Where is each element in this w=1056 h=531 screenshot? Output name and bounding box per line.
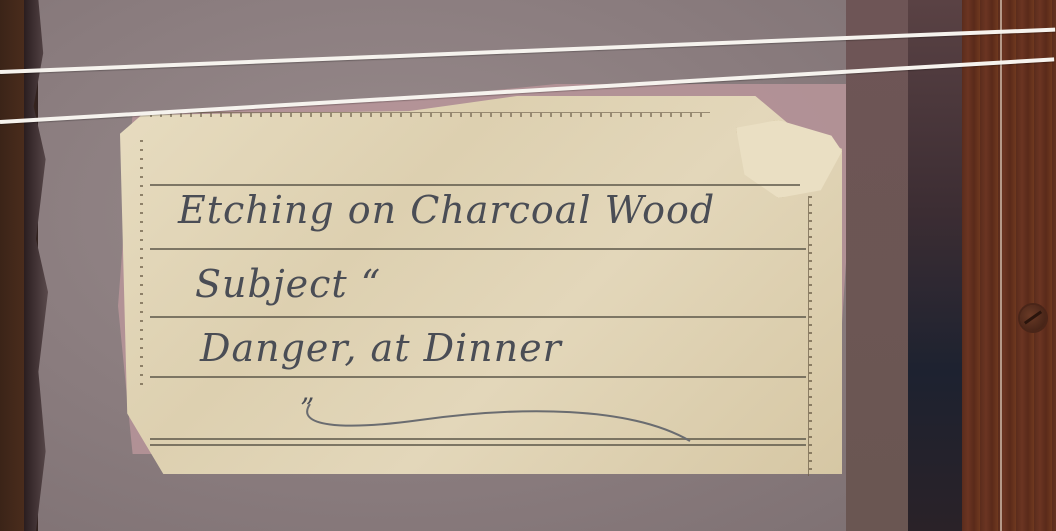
label-line-name: Danger, at Dinner: [200, 326, 562, 370]
photo-scene: Etching on Charcoal Wood Subject “ Dange…: [0, 0, 1056, 531]
ruled-line: [150, 184, 800, 186]
label-perforation-right: [808, 196, 812, 476]
label-perforation-left: [140, 140, 143, 390]
screw-icon: [1020, 305, 1046, 331]
frame-right-wood: [962, 0, 1056, 531]
ruled-line: [150, 376, 806, 378]
frame-inner-strip: [846, 0, 912, 531]
ruled-line: [150, 248, 806, 250]
pen-flourish-icon: [300, 396, 700, 446]
wood-grain-line: [1000, 0, 1002, 531]
label-line-ditto: ”: [300, 392, 315, 425]
label-line-subject: Subject “: [195, 262, 381, 306]
ruled-line: [150, 316, 806, 318]
label-line-title: Etching on Charcoal Wood: [178, 188, 715, 232]
frame-dark-strip: [908, 0, 966, 531]
label-perforation-top: [150, 112, 710, 117]
